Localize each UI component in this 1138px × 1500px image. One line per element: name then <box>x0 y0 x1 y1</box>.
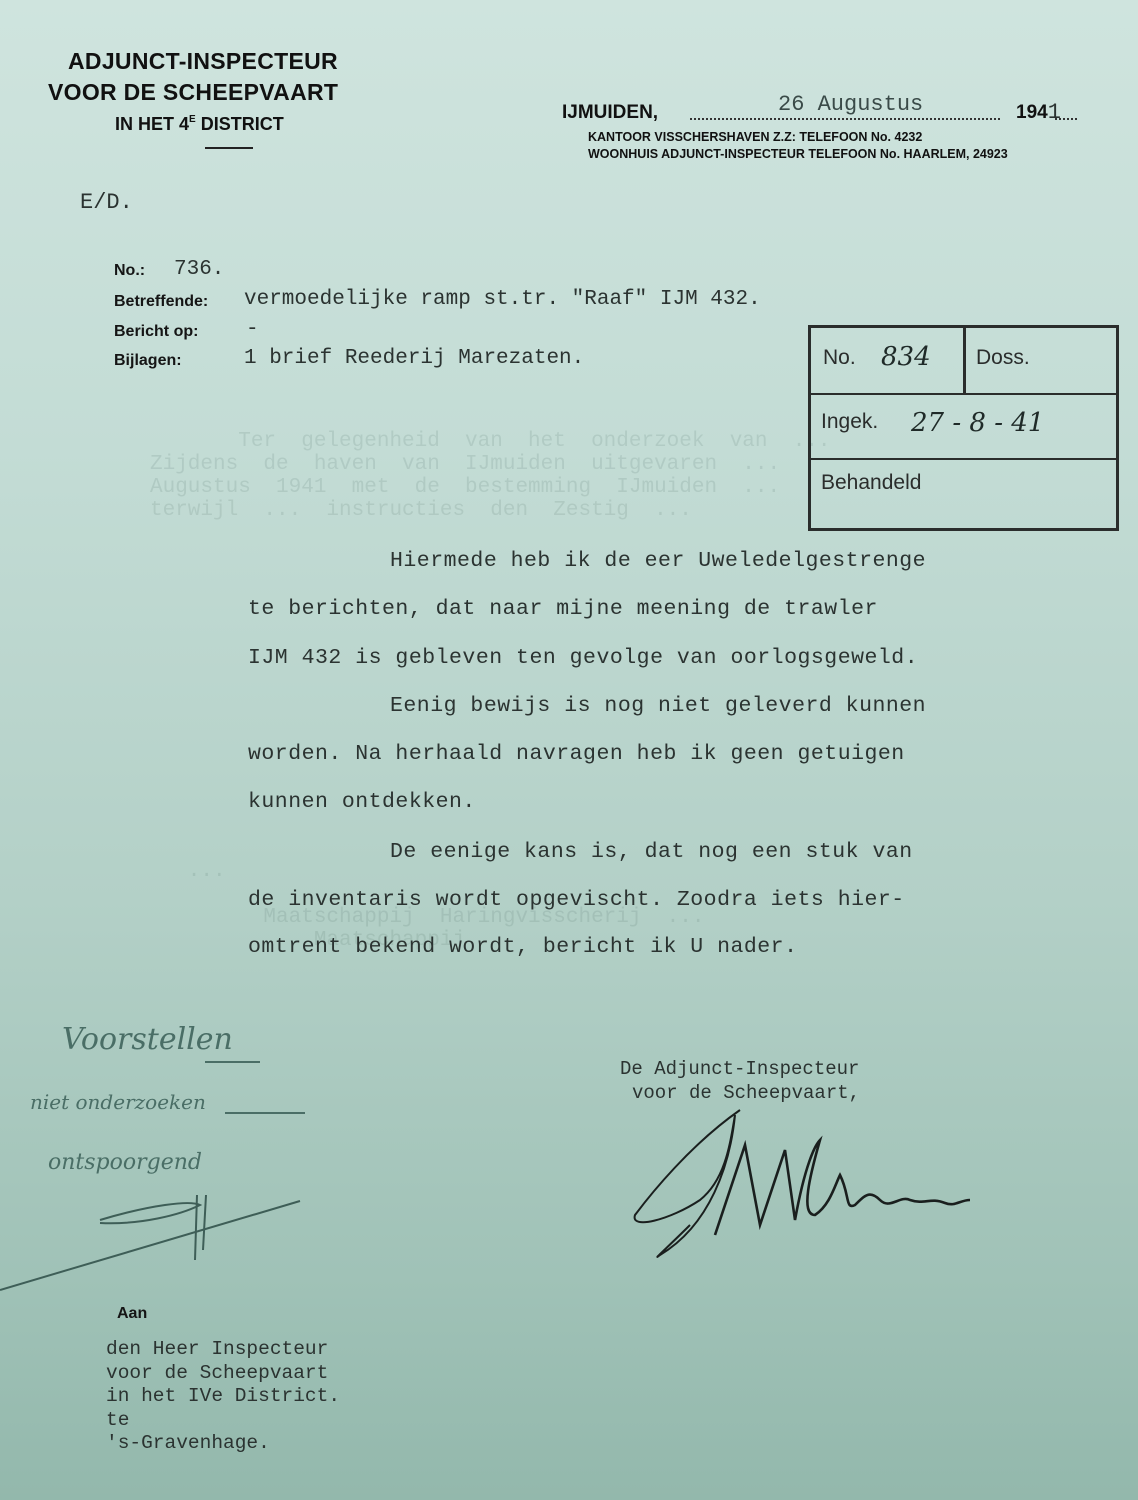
number-value: 736. <box>174 258 224 281</box>
margin-note-line1: Voorstellen <box>62 1022 233 1057</box>
reply-value: - <box>246 318 259 341</box>
body-line-8: de inventaris wordt opgevischt. Zoodra i… <box>248 888 905 912</box>
subject-value: vermoedelijke ramp st.tr. "Raaf" IJM 432… <box>244 288 761 311</box>
date-value: 26 Augustus <box>778 92 923 117</box>
office-phone-line: KANTOOR VISSCHERSHAVEN Z.Z: TELEFOON No.… <box>588 130 922 144</box>
stamp-column-divider <box>963 328 966 395</box>
stamp-row-divider-2 <box>811 458 1116 460</box>
district-prefix: IN HET 4 <box>115 114 189 134</box>
addressee-line-5: 's-Gravenhage. <box>106 1432 270 1454</box>
subject-label: Betreffende: <box>114 293 208 311</box>
body-line-7: De eenige kans is, dat nog een stuk van <box>390 840 913 864</box>
margin-note-line3: ontspoorgend <box>48 1150 202 1175</box>
year-prefix: 194 <box>1016 102 1048 123</box>
body-line-2: te berichten, dat naar mijne meening de … <box>248 597 878 621</box>
stamp-no-label: No. <box>823 346 856 370</box>
stamp-handled-label: Behandeld <box>821 471 921 495</box>
number-label: No.: <box>114 262 145 280</box>
signature-title-line2: voor de Scheepvaart, <box>632 1082 860 1104</box>
stamp-no-value: 834 <box>881 342 931 372</box>
district-suffix: DISTRICT <box>196 114 284 134</box>
stamp-dossier-label: Doss. <box>976 346 1030 370</box>
body-line-5: worden. Na herhaald navragen heb ik geen… <box>248 742 905 766</box>
stamp-received-label: Ingek. <box>821 410 878 434</box>
attachments-label: Bijlagen: <box>114 352 182 370</box>
letterhead-divider <box>205 147 253 149</box>
date-dotted-line <box>690 118 1000 120</box>
place-name: IJMUIDEN, <box>562 102 658 124</box>
margin-note-line2-stroke <box>225 1112 305 1114</box>
addressee-line-3: in het IVe District. <box>106 1385 340 1407</box>
addressee-line-1: den Heer Inspecteur <box>106 1338 328 1360</box>
receipt-stamp: No. 834 Doss. Ingek. 27 - 8 - 41 Behande… <box>808 325 1119 531</box>
body-line-3: IJM 432 is gebleven ten gevolge van oorl… <box>248 646 918 670</box>
bleed-through-text: Ter gelegenheid van het onderzoek van ..… <box>150 430 831 522</box>
body-line-4: Eenig bewijs is nog niet geleverd kunnen <box>390 694 926 718</box>
body-line-6: kunnen ontdekken. <box>248 790 476 814</box>
reply-label: Bericht op: <box>114 323 198 341</box>
initials-scribble-icon <box>0 1195 320 1305</box>
body-line-9: omtrent bekend wordt, bericht ik U nader… <box>248 935 798 959</box>
district-superscript: E <box>189 114 196 125</box>
letterhead-title-line1: ADJUNCT-INSPECTEUR <box>68 48 338 75</box>
reference-code: E/D. <box>80 190 133 215</box>
margin-note-line1-stroke <box>205 1061 260 1063</box>
signature-title-line1: De Adjunct-Inspecteur <box>620 1058 859 1080</box>
home-phone-line: WOONHUIS ADJUNCT-INSPECTEUR TELEFOON No.… <box>588 147 1008 161</box>
margin-note-line2: niet onderzoeken <box>30 1090 206 1114</box>
signature-icon <box>630 1105 980 1265</box>
year-suffix-typed: 1 <box>1048 100 1061 125</box>
stamp-received-date: 27 - 8 - 41 <box>911 408 1044 438</box>
year-value: 1941 <box>1016 100 1061 125</box>
addressee-label: Aan <box>117 1305 147 1323</box>
letterhead-title-line2: VOOR DE SCHEEPVAART <box>48 79 338 106</box>
year-dotted-line <box>1055 118 1077 120</box>
body-line-1: Hiermede heb ik de eer Uweledelgestrenge <box>390 549 926 573</box>
letterhead-district: IN HET 4E DISTRICT <box>115 114 284 135</box>
addressee-line-4: te <box>106 1409 129 1431</box>
addressee-line-2: voor de Scheepvaart <box>106 1362 328 1384</box>
attachments-value: 1 brief Reederij Marezaten. <box>244 347 584 370</box>
